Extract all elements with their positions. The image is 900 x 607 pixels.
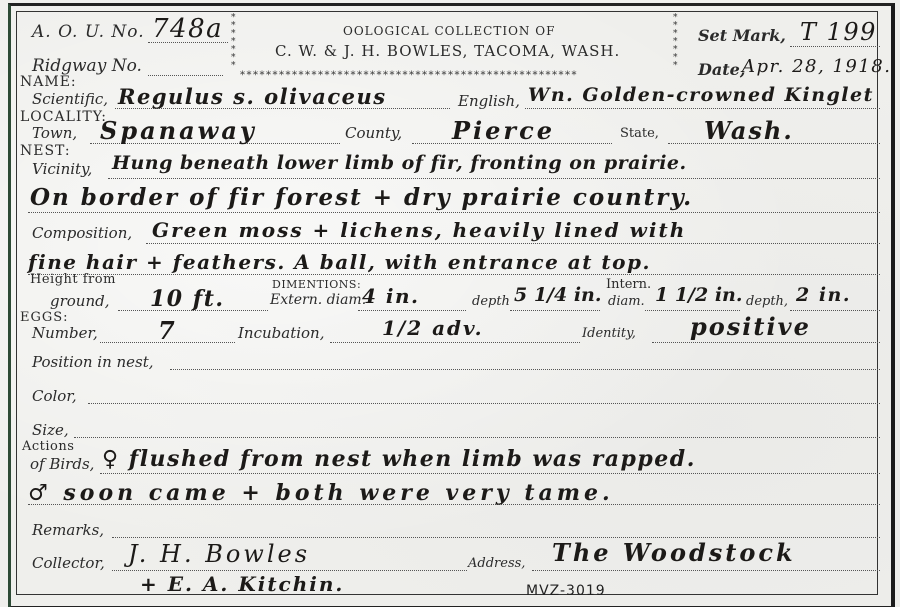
english-line [525,108,880,109]
county-label: County, [345,124,402,142]
scientific-value: Regulus s. olivaceus [118,84,387,109]
identity-line [652,342,880,343]
set-mark-value: T 199 [800,18,877,46]
header-title: OOLOGICAL COLLECTION OF [343,24,555,38]
size-label: Size, [32,421,69,439]
header-star-column-right: ******* [673,14,678,70]
oological-data-card: ******* ******* ************************… [0,0,900,607]
date-label: Date, [698,60,745,79]
position-in-nest-line [170,369,880,370]
ridgway-no-line [148,75,223,76]
aou-no-label: A. O. U. No. [32,22,145,42]
composition-line-2 [28,274,880,275]
position-in-nest-label: Position in nest, [32,353,154,371]
composition-value-line2: fine hair + feathers. A ball, with entra… [28,250,651,274]
color-label: Color, [32,387,77,405]
nest-section-heading: NEST: [20,143,71,159]
town-label: Town, [32,124,77,142]
state-label: State, [620,126,659,141]
vicinity-line-2 [28,212,880,213]
address-value: The Woodstock [552,538,796,567]
english-value: Wn. Golden-crowned Kinglet [528,84,874,106]
of-birds-label: of Birds, [30,455,94,473]
locality-section-heading: LOCALITY: [20,109,107,125]
header-star-column-left: ******* [231,14,236,70]
town-value: Spanaway [100,116,257,145]
ground-label: ground, [50,292,110,310]
actions-label: Actions [22,439,74,454]
dimentions-heading: DIMENTIONS: [272,278,361,291]
collector-value-line1: J. H. Bowles [128,540,310,568]
vicinity-value-line1: Hung beneath lower limb of fir, fronting… [112,152,687,174]
english-label: English, [458,92,520,110]
extern-depth-value: 5 1/4 in. [514,284,601,306]
actions-value-line2: ♂ soon came + both were very tame. [28,480,614,506]
set-mark-label: Set Mark, [698,26,786,45]
ridgway-no-label: Ridgway No. [32,56,142,76]
name-section-heading: NAME: [20,74,77,90]
actions-line-1 [100,473,880,474]
extern-depth-line [510,310,600,311]
intern-heading: Intern. [606,277,651,292]
height-value: 10 ft. [150,286,225,312]
actions-value-line1: ♀ flushed from nest when limb was rapped… [102,446,696,472]
header-subtitle: C. W. & J. H. BOWLES, TACOMA, WASH. [275,42,620,60]
set-mark-line [790,46,880,47]
collector-line [112,570,467,571]
vicinity-value-line2: On border of fir forest + dry prairie co… [30,184,693,211]
incubation-line [330,342,580,343]
remarks-label: Remarks, [32,521,104,539]
county-value: Pierce [452,116,555,145]
intern-depth-line [790,310,880,311]
extern-depth-label: depth [472,294,510,309]
aou-no-value: 748a [152,14,223,44]
composition-label: Composition, [32,224,132,242]
extern-diam-line [358,310,466,311]
size-line [74,437,880,438]
header-star-row: ****************************************… [240,72,578,80]
intern-depth-value: 2 in. [796,284,851,306]
eggs-section-heading: EGGS: [20,310,69,325]
extern-diam-label: Extern. diam. [270,292,366,308]
extern-diam-value: 4 in. [362,284,419,308]
color-line [88,403,880,404]
collector-label: Collector, [32,554,105,572]
state-value: Wash. [704,116,794,145]
incubation-value: 1/2 adv. [382,316,484,340]
composition-value-line1: Green moss + lichens, heavily lined with [152,218,686,242]
composition-line-1 [146,243,880,244]
catalog-number: MVZ-3019 [526,583,606,599]
number-label: Number, [32,324,98,342]
collector-value-line2: + E. A. Kitchin. [140,572,344,596]
intern-depth-label: depth, [746,294,788,309]
identity-label: Identity, [582,326,636,341]
intern-diam-label: diam. [608,294,645,309]
vicinity-label: Vicinity, [32,160,92,178]
vicinity-line-1 [108,178,880,179]
date-value: Apr. 28, 1918. [742,56,891,77]
address-line [532,570,880,571]
identity-value: positive [690,312,811,341]
eggs-number-value: 7 [158,316,176,345]
scientific-label: Scientific, [32,90,108,108]
address-label: Address, [468,556,525,571]
intern-diam-line [645,310,740,311]
intern-diam-value: 1 1/2 in. [655,284,742,306]
incubation-label: Incubation, [238,324,324,342]
height-from-label: Height from [30,272,116,287]
